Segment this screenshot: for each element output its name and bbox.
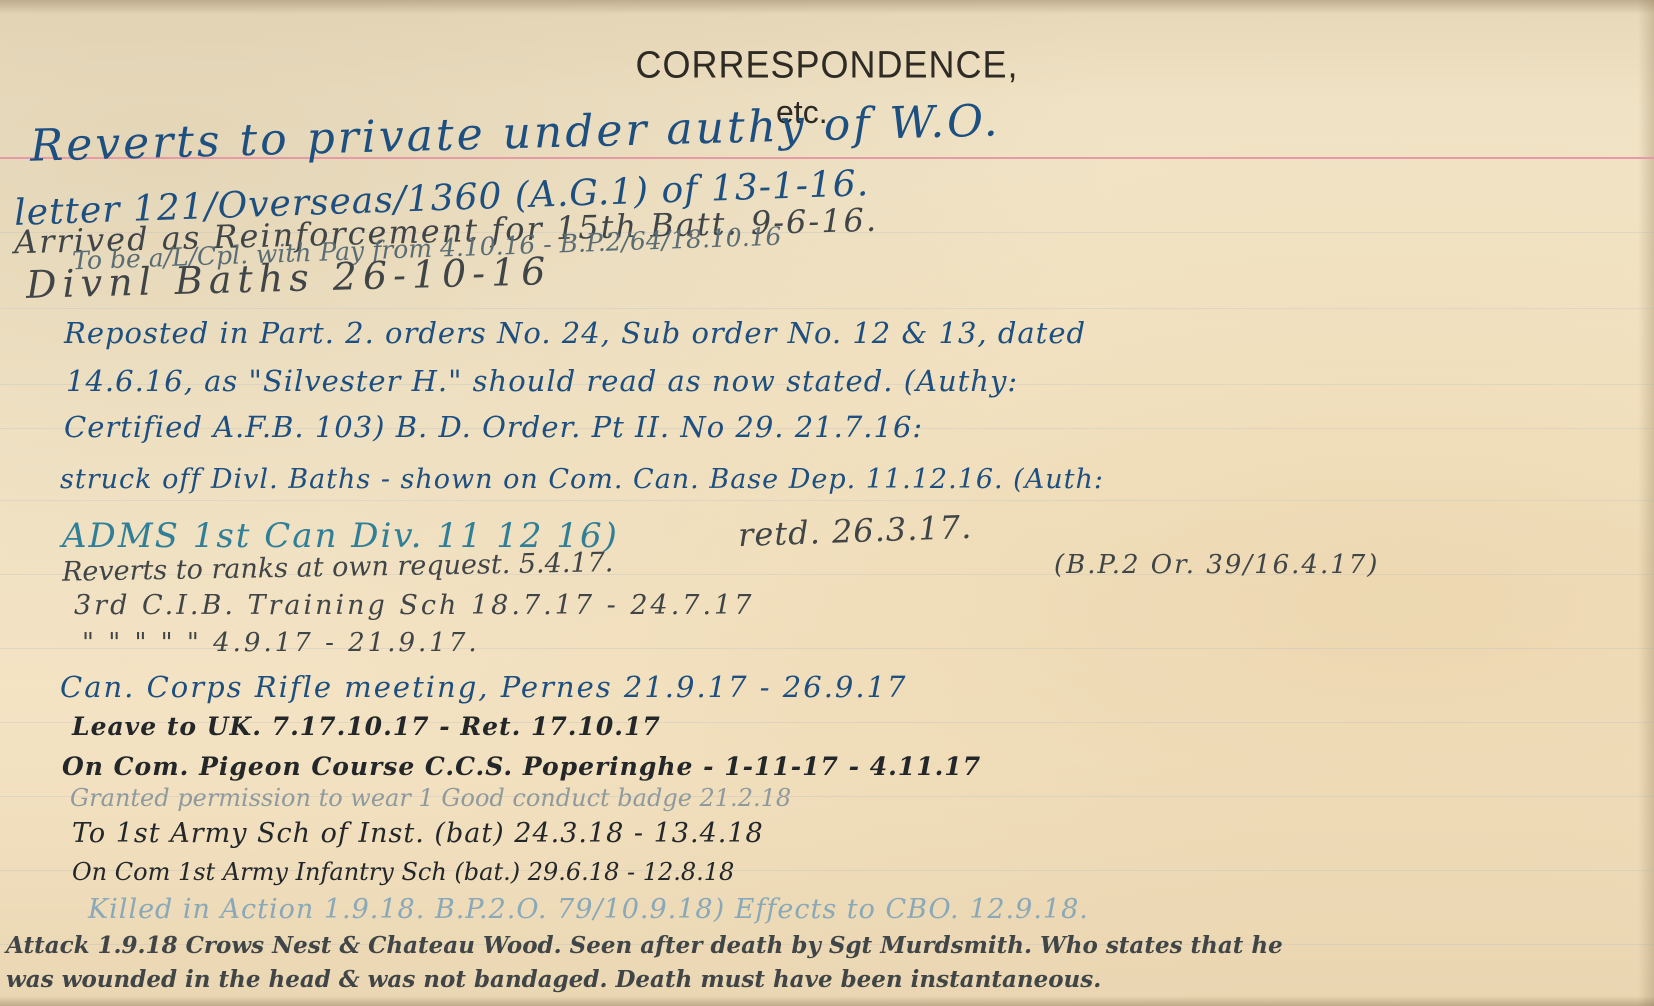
entry-attack-line-2: was wounded in the head & was not bandag… bbox=[6, 966, 1101, 993]
entry-training-ditto: " " " " " 4.9.17 - 21.9.17. bbox=[82, 628, 480, 658]
entry-good-conduct-badge: Granted permission to wear 1 Good conduc… bbox=[70, 784, 791, 812]
entry-reposted-line-2: 14.6.16, as "Silvester H." should read a… bbox=[66, 364, 1018, 398]
ruled-line bbox=[0, 500, 1654, 501]
entry-rifle-meeting: Can. Corps Rifle meeting, Pernes 21.9.17… bbox=[60, 670, 908, 704]
entry-attack-line-1: Attack 1.9.18 Crows Nest & Chateau Wood.… bbox=[6, 932, 1283, 959]
entry-reposted-line-3: Certified A.F.B. 103) B. D. Order. Pt II… bbox=[64, 410, 923, 444]
entry-army-infantry-school: On Com 1st Army Infantry Sch (bat.) 29.6… bbox=[72, 858, 734, 886]
ruled-line bbox=[0, 308, 1654, 309]
entry-pigeon-course: On Com. Pigeon Course C.C.S. Poperinghe … bbox=[62, 752, 981, 781]
entry-killed-in-action: Killed in Action 1.9.18. B.P.2.O. 79/10.… bbox=[88, 894, 1089, 925]
entry-leave-uk: Leave to UK. 7.17.10.17 - Ret. 17.10.17 bbox=[72, 712, 661, 741]
card-edge-shadow bbox=[1638, 0, 1654, 1006]
correspondence-card: CORRESPONDENCE, etc. Reverts to private … bbox=[0, 0, 1654, 1006]
entry-reverts-private: Reverts to private under authy of W.O. bbox=[29, 95, 1001, 171]
entry-reposted-line-1: Reposted in Part. 2. orders No. 24, Sub … bbox=[64, 316, 1086, 350]
entry-army-school-instruction: To 1st Army Sch of Inst. (bat) 24.3.18 -… bbox=[72, 818, 764, 849]
card-heading: CORRESPONDENCE, bbox=[0, 43, 1654, 87]
entry-struck-off: struck off Divl. Baths - shown on Com. C… bbox=[60, 464, 1104, 495]
entry-cib-training: 3rd C.I.B. Training Sch 18.7.17 - 24.7.1… bbox=[74, 590, 754, 621]
entry-bp2-reference: (B.P.2 Or. 39/16.4.17) bbox=[1054, 550, 1379, 580]
entry-returned: retd. 26.3.17. bbox=[737, 508, 972, 554]
